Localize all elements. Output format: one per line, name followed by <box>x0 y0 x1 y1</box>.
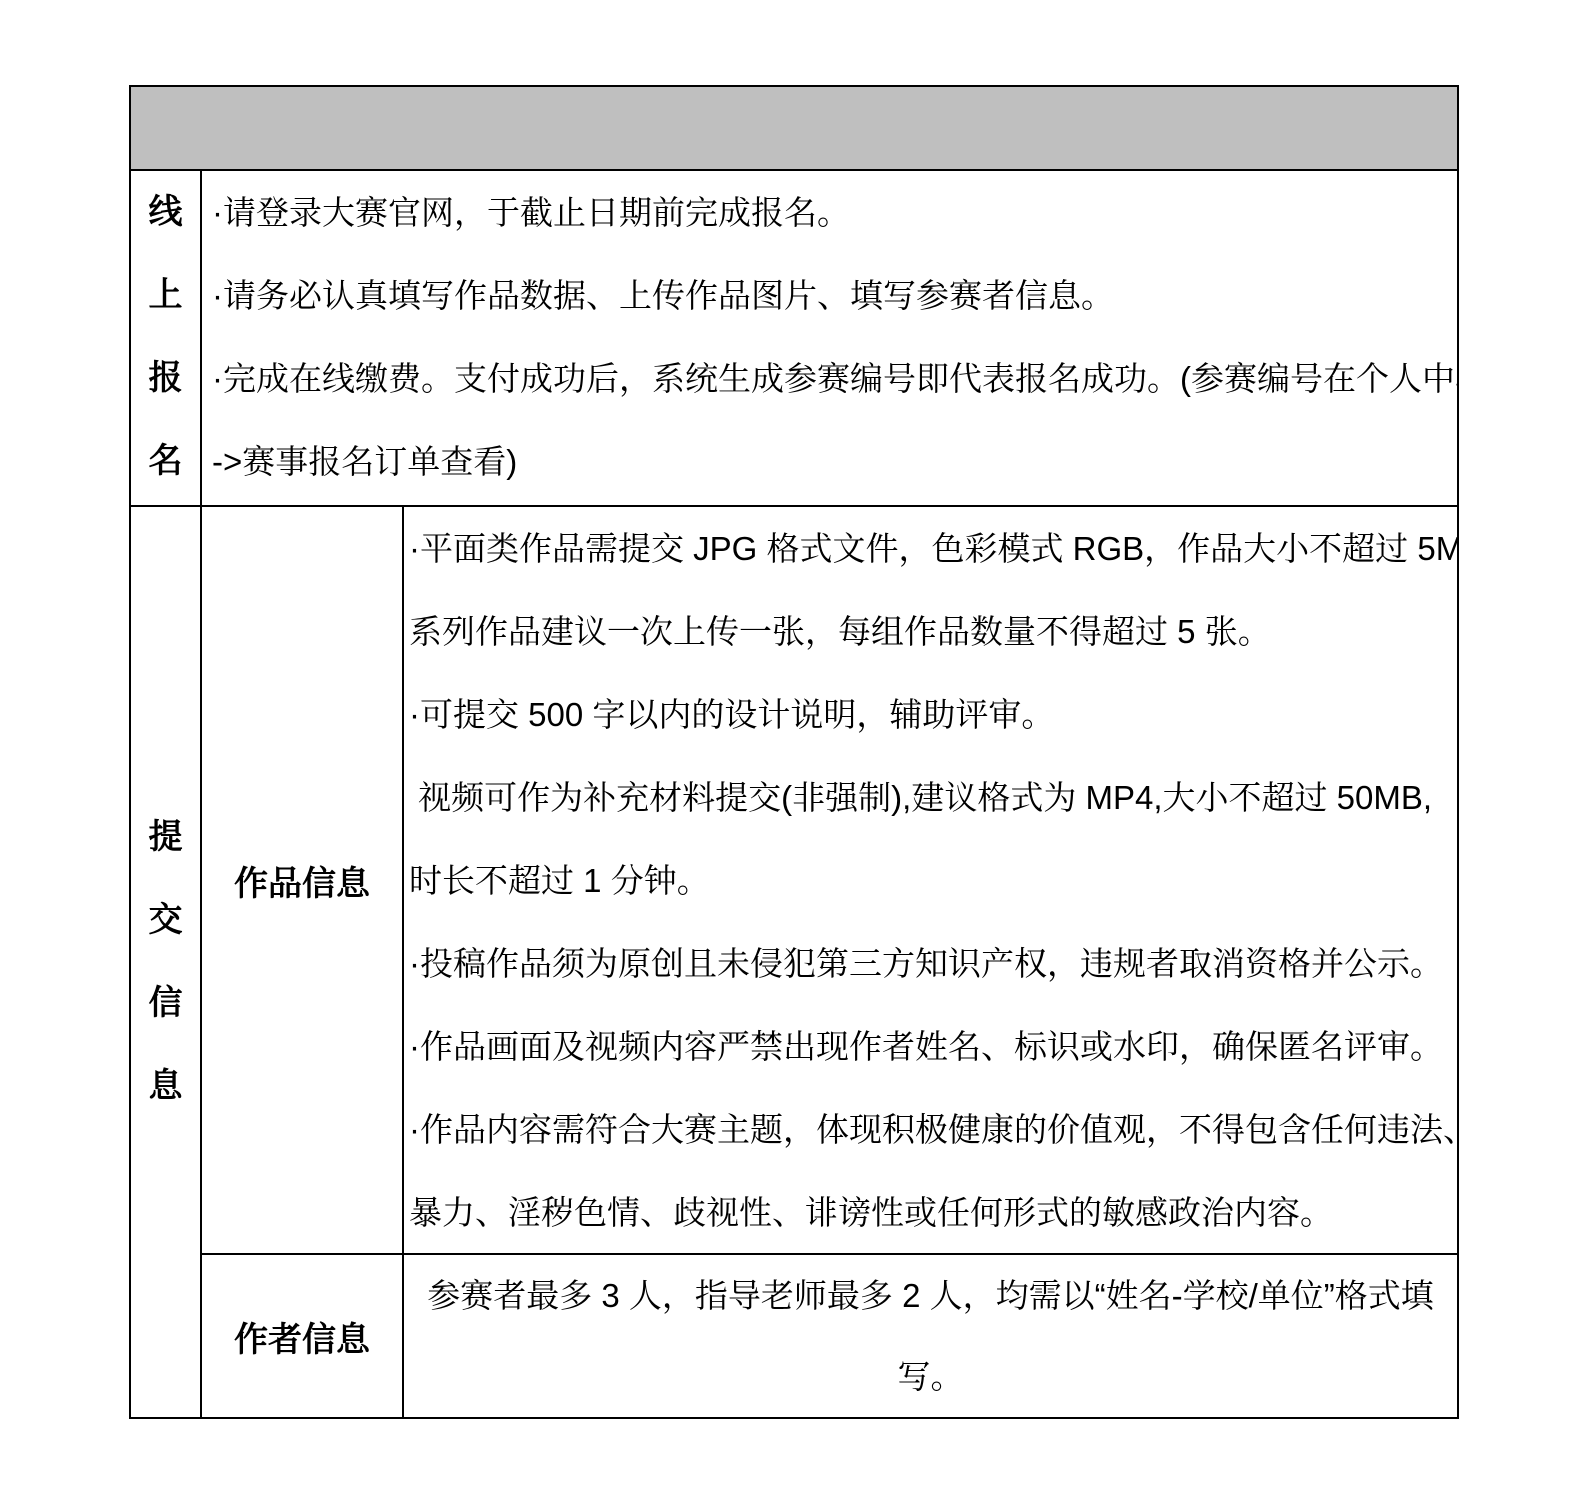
text-line: 视频可作为补充材料提交(非强制),建议格式为 MP4,大小不超过 50MB, <box>409 756 1457 839</box>
text-line: ·请登录大赛官网，于截止日期前完成报名。 <box>212 171 1457 254</box>
row-label-online-registration: 线 上 报 名 <box>131 171 202 505</box>
vertical-label-char: 息 <box>131 1045 200 1128</box>
table-header-row: 参赛程序：本次大赛全程采用在线方式完成报名、缴费及作品提交。 <box>131 87 1457 171</box>
subrow-work-info: 作品信息 ·平面类作品需提交 JPG 格式文件，色彩模式 RGB，作品大小不超过… <box>202 507 1457 1255</box>
text-line: ->赛事报名订单查看) <box>212 420 1457 503</box>
text-line: 系列作品建议一次上传一张，每组作品数量不得超过 5 张。 <box>409 590 1457 673</box>
vertical-label-char: 上 <box>131 254 200 337</box>
text-line: 参赛者最多 3 人，指导老师最多 2 人，均需以“姓名-学校/单位”格式填 <box>404 1255 1457 1336</box>
table-row-online-registration: 线 上 报 名 ·请登录大赛官网，于截止日期前完成报名。 ·请务必认真填写作品数… <box>131 171 1457 507</box>
text-line: ·完成在线缴费。支付成功后，系统生成参赛编号即代表报名成功。(参赛编号在个人中心 <box>212 337 1457 420</box>
work-info-label: 作品信息 <box>234 856 370 905</box>
vertical-label-char: 信 <box>131 962 200 1045</box>
text-line: ·请务必认真填写作品数据、上传作品图片、填写参赛者信息。 <box>212 254 1457 337</box>
author-info-label: 作者信息 <box>234 1312 370 1361</box>
text-line: ·作品内容需符合大赛主题，体现积极健康的价值观，不得包含任何违法、 <box>409 1088 1457 1171</box>
text-line: 时长不超过 1 分钟。 <box>409 839 1457 922</box>
author-info-content-cell: 参赛者最多 3 人，指导老师最多 2 人，均需以“姓名-学校/单位”格式填 写。 <box>404 1255 1457 1417</box>
text-line: 暴力、淫秽色情、歧视性、诽谤性或任何形式的敏感政治内容。 <box>409 1171 1457 1253</box>
text-line: ·投稿作品须为原创且未侵犯第三方知识产权，违规者取消资格并公示。 <box>409 922 1457 1005</box>
work-info-label-cell: 作品信息 <box>202 507 404 1253</box>
submit-info-subtable: 作品信息 ·平面类作品需提交 JPG 格式文件，色彩模式 RGB，作品大小不超过… <box>202 507 1457 1417</box>
work-info-content-cell: ·平面类作品需提交 JPG 格式文件，色彩模式 RGB，作品大小不超过 5MB，… <box>404 507 1457 1253</box>
online-registration-content-cell: ·请登录大赛官网，于截止日期前完成报名。 ·请务必认真填写作品数据、上传作品图片… <box>202 171 1457 505</box>
text-line: ·可提交 500 字以内的设计说明，辅助评审。 <box>409 673 1457 756</box>
text-line: ·平面类作品需提交 JPG 格式文件，色彩模式 RGB，作品大小不超过 5MB， <box>409 507 1457 590</box>
table-row-submit-info: 提 交 信 息 作品信息 ·平面类作品需提交 JPG 格式文件，色彩模式 RGB… <box>131 507 1457 1417</box>
author-info-label-cell: 作者信息 <box>202 1255 404 1417</box>
subrow-author-info: 作者信息 参赛者最多 3 人，指导老师最多 2 人，均需以“姓名-学校/单位”格… <box>202 1255 1457 1417</box>
vertical-label-char: 名 <box>131 420 200 503</box>
text-line: ·作品画面及视频内容严禁出现作者姓名、标识或水印，确保匿名评审。 <box>409 1005 1457 1088</box>
row-label-submit-info: 提 交 信 息 <box>131 507 202 1417</box>
text-line: 写。 <box>404 1336 1457 1417</box>
vertical-label-char: 交 <box>131 879 200 962</box>
vertical-label-char: 提 <box>131 796 200 879</box>
vertical-label-char: 线 <box>131 171 200 254</box>
vertical-label-char: 报 <box>131 337 200 420</box>
procedure-table: 参赛程序：本次大赛全程采用在线方式完成报名、缴费及作品提交。 线 上 报 名 ·… <box>129 85 1459 1419</box>
